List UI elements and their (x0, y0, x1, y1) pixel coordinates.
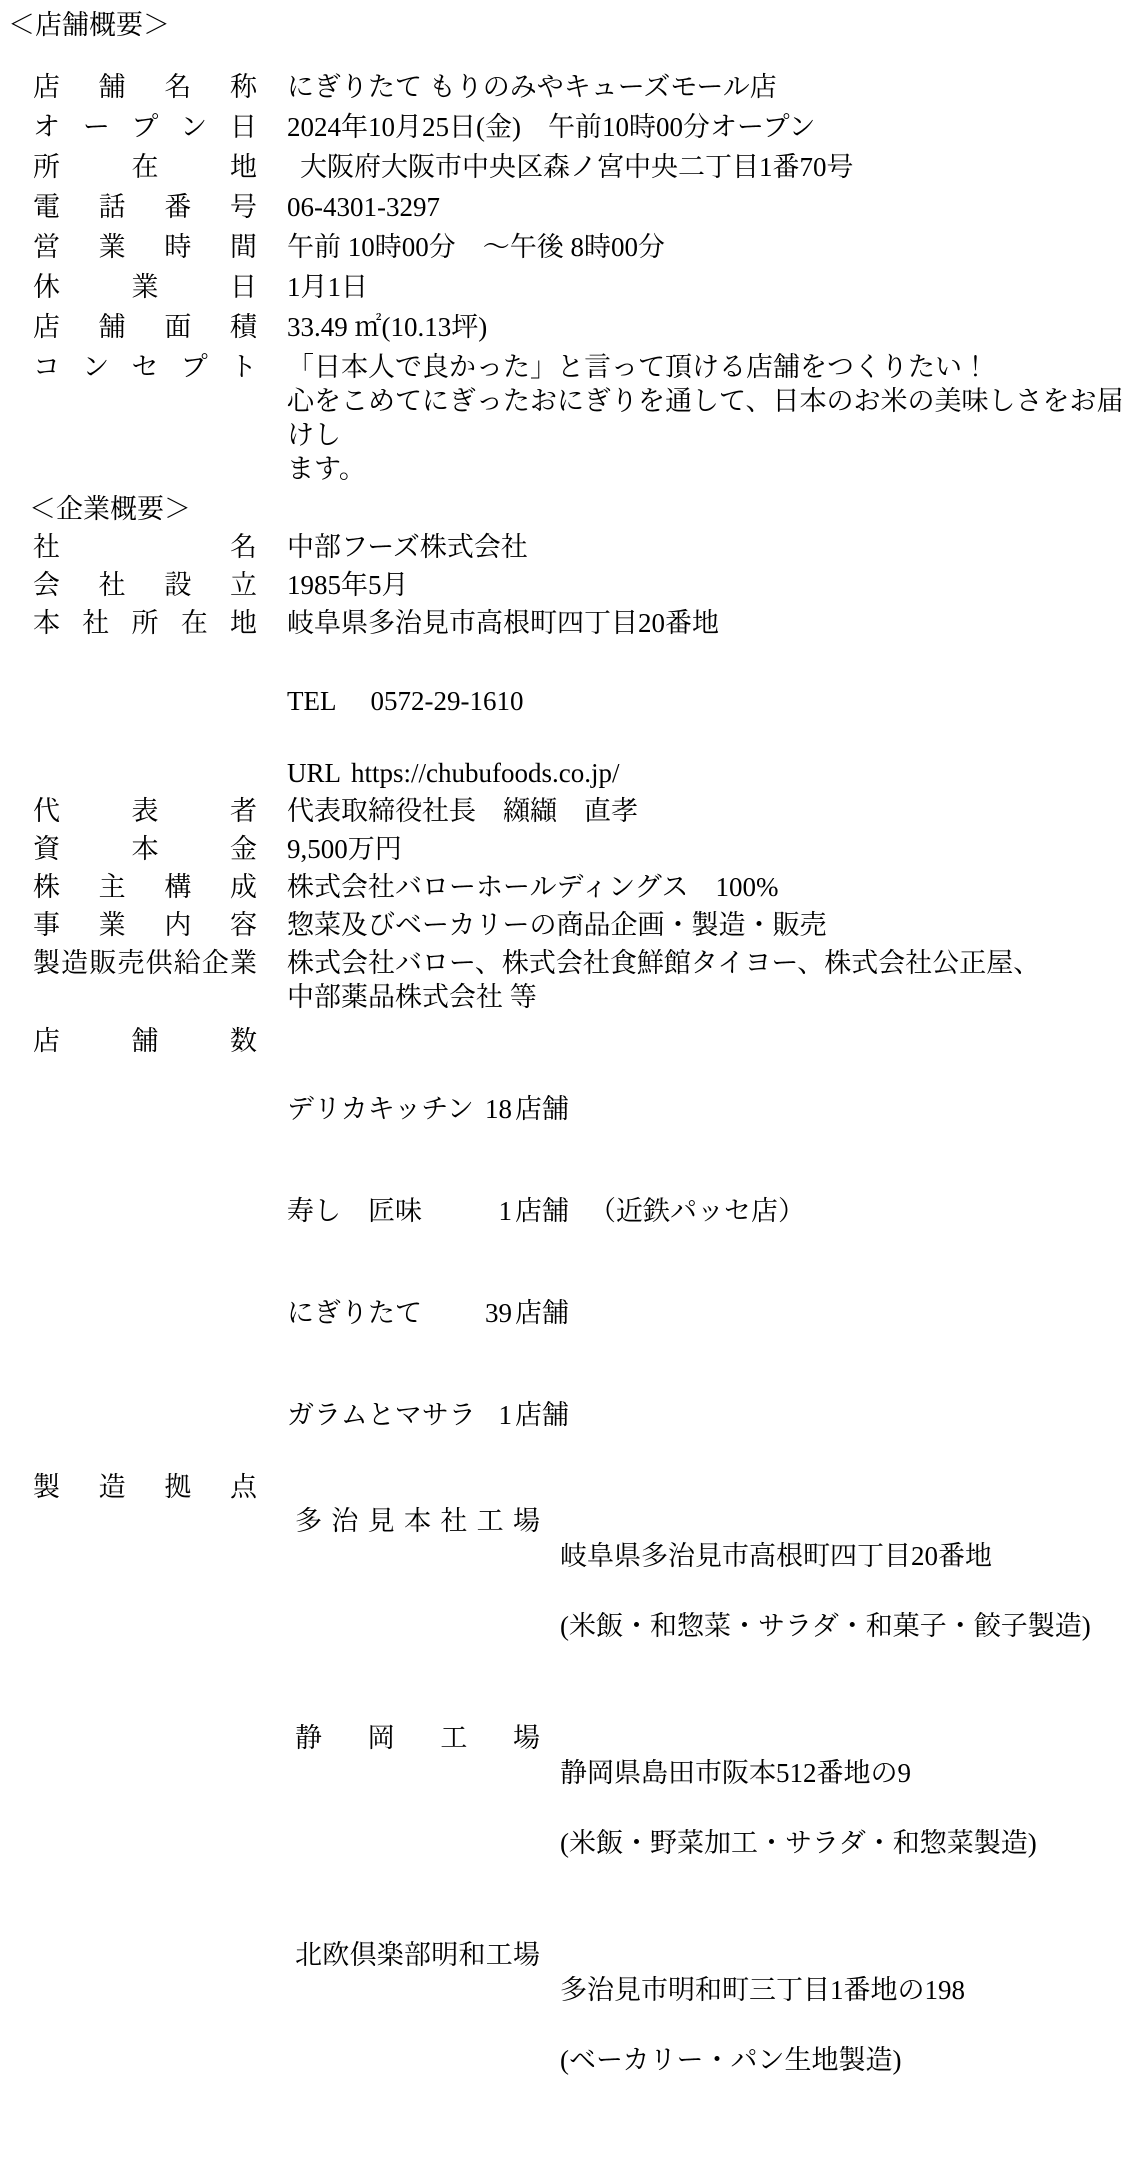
floor-area-value: 33.49 ㎡(10.13坪) (287, 310, 487, 344)
supply-companies-value: 株式会社バロー、株式会社食鮮館タイヨー、株式会社公正屋、 中部薬品株式会社 等 (287, 946, 1040, 1014)
brand-name: 寿し 匠味 (287, 1194, 467, 1228)
capital-row: 資本金 9,500万円 (0, 832, 1129, 866)
factory-address-block: 岐阜県多治見市高根町四丁目20番地 (米飯・和惣菜・サラダ・和菓子・餃子製造) (560, 1504, 1091, 1679)
store-count: 1 (467, 1398, 512, 1432)
store-count: 18 (467, 1092, 512, 1126)
url-value-group: URLhttps://chubufoods.co.jp/ (287, 722, 619, 790)
factory-item: 多治見本社工場 岐阜県多治見市高根町四丁目20番地 (米飯・和惣菜・サラダ・和菓… (287, 1504, 1091, 1679)
factory-item: 静岡工場 静岡県島田市阪本512番地の9 (米飯・野菜加工・サラダ・和惣菜製造) (287, 1721, 1091, 1896)
store-count: 1 (467, 1194, 512, 1228)
representative-value: 代表取締役社長 纐纈 直孝 (287, 794, 638, 828)
brand-name: ガラムとマサラ (287, 1398, 467, 1432)
store-address-label: 所在地 (33, 150, 257, 184)
store-section-heading: ＜店舗概要＞ (8, 8, 1129, 42)
url-text: https://chubufoods.co.jp/ (351, 758, 619, 788)
tel-row: TEL0572-29-1610 (0, 650, 1129, 718)
capital-label: 資本金 (33, 832, 257, 866)
store-count-unit: 店舗 (515, 1196, 569, 1226)
store-count-item: ガラムとマサラ1店舗 (287, 1364, 805, 1432)
shareholders-row: 株主構成 株式会社バローホールディングス 100% (0, 870, 1129, 904)
representative-row: 代表者 代表取締役社長 纐纈 直孝 (0, 794, 1129, 828)
closed-days-row: 休業日 1月1日 (0, 270, 1129, 304)
concept-label: コンセプト (33, 350, 257, 384)
company-section-heading: ＜企業概要＞ (29, 492, 1129, 526)
closed-days-label: 休業日 (33, 270, 257, 304)
url-label: URL (287, 758, 341, 788)
closed-days-value: 1月1日 (287, 270, 368, 304)
hours-row: 営業時間 午前 10時00分 ～午後 8時00分 (0, 230, 1129, 264)
company-name-value: 中部フーズ株式会社 (287, 530, 528, 564)
store-count-item: 寿し 匠味1店舗（近鉄パッセ店） (287, 1160, 805, 1228)
shareholders-label: 株主構成 (33, 870, 257, 904)
factory-products: (米飯・和惣菜・サラダ・和菓子・餃子製造) (560, 1609, 1091, 1644)
url-row: URLhttps://chubufoods.co.jp/ (0, 722, 1129, 790)
company-name-label: 社名 (33, 530, 257, 564)
factories-label: 製造拠点 (33, 1470, 257, 1504)
store-count-item: デリカキッチン18店舗 (287, 1058, 805, 1126)
store-count-unit: 店舗 (515, 1094, 569, 1124)
store-count-note: （近鉄パッセ店） (589, 1196, 805, 1226)
store-count-list: デリカキッチン18店舗 寿し 匠味1店舗（近鉄パッセ店） にぎりたて39店舗 ガ… (287, 1024, 805, 1466)
open-date-label: オープン日 (33, 110, 257, 144)
store-count-unit: 店舗 (515, 1298, 569, 1328)
factories-section: 製造拠点 多治見本社工場 岐阜県多治見市高根町四丁目20番地 (米飯・和惣菜・サ… (0, 1470, 1129, 2155)
business-row: 事業内容 惣菜及びベーカリーの商品企画・製造・販売 (0, 908, 1129, 942)
capital-value: 9,500万円 (287, 832, 402, 866)
factory-products: (ベーカリー・パン生地製造) (560, 2043, 965, 2078)
store-address-value: 大阪府大阪市中央区森ノ宮中央二丁目1番70号 (287, 150, 854, 184)
store-name-label: 店舗名称 (33, 70, 257, 104)
factory-name: 静岡工場 (295, 1721, 540, 1756)
factory-address: 多治見市明和町三丁目1番地の198 (560, 1973, 965, 2008)
store-count-label: 店舗数 (33, 1024, 257, 1058)
factory-item: 北欧倶楽部明和工場 多治見市明和町三丁目1番地の198 (ベーカリー・パン生地製… (287, 1938, 1091, 2113)
supply-companies-row: 製造販売供給企業 株式会社バロー、株式会社食鮮館タイヨー、株式会社公正屋、 中部… (0, 946, 1129, 1014)
floor-area-row: 店舗面積 33.49 ㎡(10.13坪) (0, 310, 1129, 344)
store-count-item: にぎりたて39店舗 (287, 1262, 805, 1330)
brand-name: にぎりたて (287, 1296, 467, 1330)
factory-name: 多治見本社工場 (295, 1504, 540, 1539)
hq-address-label: 本社所在地 (33, 606, 257, 640)
tel-value-group: TEL0572-29-1610 (287, 650, 523, 718)
business-value: 惣菜及びベーカリーの商品企画・製造・販売 (287, 908, 826, 942)
hq-address-row: 本社所在地 岐阜県多治見市高根町四丁目20番地 (0, 606, 1129, 640)
factory-products: (米飯・野菜加工・サラダ・和惣菜製造) (560, 1826, 1037, 1861)
factory-address-block: 静岡県島田市阪本512番地の9 (米飯・野菜加工・サラダ・和惣菜製造) (560, 1721, 1037, 1896)
store-name-row: 店舗名称 にぎりたて もりのみやキューズモール店 (0, 70, 1129, 104)
hq-address-value: 岐阜県多治見市高根町四丁目20番地 (287, 606, 719, 640)
floor-area-label: 店舗面積 (33, 310, 257, 344)
tel-number: 0572-29-1610 (370, 686, 523, 716)
store-overview-table: 店舗名称 にぎりたて もりのみやキューズモール店 オープン日 2024年10月2… (0, 70, 1129, 486)
brand-name: デリカキッチン (287, 1092, 467, 1126)
founded-label: 会社設立 (33, 568, 257, 602)
representative-label: 代表者 (33, 794, 257, 828)
founded-value: 1985年5月 (287, 568, 409, 602)
factory-address: 静岡県島田市阪本512番地の9 (560, 1756, 1037, 1791)
factory-address-block: 多治見市明和町三丁目1番地の198 (ベーカリー・パン生地製造) (560, 1938, 965, 2113)
founded-row: 会社設立 1985年5月 (0, 568, 1129, 602)
store-count: 39 (467, 1296, 512, 1330)
tel-label: TEL (287, 686, 336, 716)
hours-value: 午前 10時00分 ～午後 8時00分 (287, 230, 665, 264)
supply-companies-label: 製造販売供給企業 (33, 946, 257, 980)
store-address-row: 所在地 大阪府大阪市中央区森ノ宮中央二丁目1番70号 (0, 150, 1129, 184)
phone-row: 電話番号 06-4301-3297 (0, 190, 1129, 224)
open-date-row: オープン日 2024年10月25日(金) 午前10時00分オープン (0, 110, 1129, 144)
concept-value: 「日本人で良かった」と言って頂ける店舗をつくりたい！ 心をこめてにぎったおにぎり… (287, 350, 1129, 486)
phone-label: 電話番号 (33, 190, 257, 224)
factory-address: 岐阜県多治見市高根町四丁目20番地 (560, 1539, 1091, 1574)
store-count-section: 店舗数 デリカキッチン18店舗 寿し 匠味1店舗（近鉄パッセ店） にぎりたて39… (0, 1024, 1129, 1466)
store-name-value: にぎりたて もりのみやキューズモール店 (287, 70, 777, 104)
business-label: 事業内容 (33, 908, 257, 942)
concept-row: コンセプト 「日本人で良かった」と言って頂ける店舗をつくりたい！ 心をこめてにぎ… (0, 350, 1129, 486)
company-overview-table: 社名 中部フーズ株式会社 会社設立 1985年5月 本社所在地 岐阜県多治見市高… (0, 530, 1129, 2155)
factory-name: 北欧倶楽部明和工場 (295, 1938, 540, 1973)
shareholders-value: 株式会社バローホールディングス 100% (287, 870, 778, 904)
phone-value: 06-4301-3297 (287, 190, 440, 224)
open-date-value: 2024年10月25日(金) 午前10時00分オープン (287, 110, 816, 144)
factories-list: 多治見本社工場 岐阜県多治見市高根町四丁目20番地 (米飯・和惣菜・サラダ・和菓… (287, 1470, 1091, 2155)
company-name-row: 社名 中部フーズ株式会社 (0, 530, 1129, 564)
document-page: ＜店舗概要＞ 店舗名称 にぎりたて もりのみやキューズモール店 オープン日 20… (0, 0, 1129, 2159)
store-count-unit: 店舗 (515, 1400, 569, 1430)
hours-label: 営業時間 (33, 230, 257, 264)
